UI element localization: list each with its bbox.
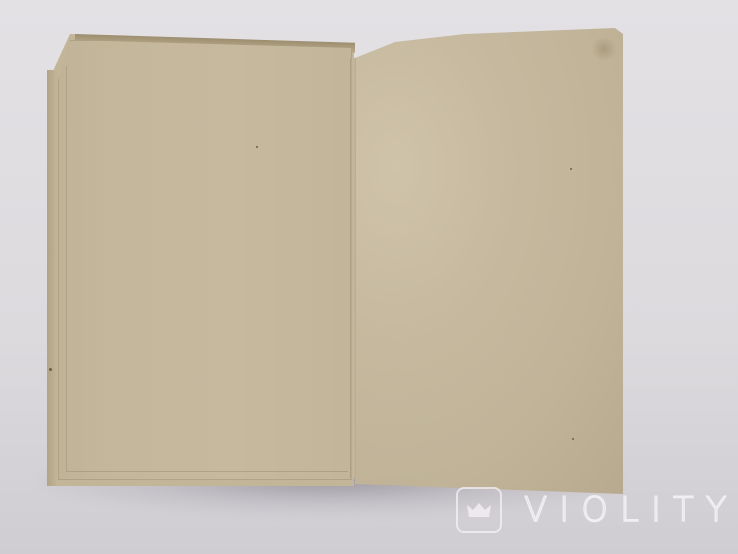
paper-speck — [256, 146, 258, 148]
violity-watermark: VIOLITY — [456, 484, 738, 536]
paper-speck — [572, 438, 574, 440]
crown-icon — [466, 502, 492, 518]
watermark-text: VIOLITY — [524, 490, 738, 530]
book-gutter — [350, 58, 356, 478]
paper-speck — [49, 368, 52, 371]
right-page — [355, 28, 623, 494]
cover-left-edge — [47, 70, 57, 486]
left-endpaper — [58, 40, 352, 480]
paper-speck — [570, 168, 572, 170]
watermark-logo-box — [456, 487, 502, 533]
page-stain — [590, 38, 618, 60]
photo-scene: VIOLITY — [0, 0, 738, 554]
